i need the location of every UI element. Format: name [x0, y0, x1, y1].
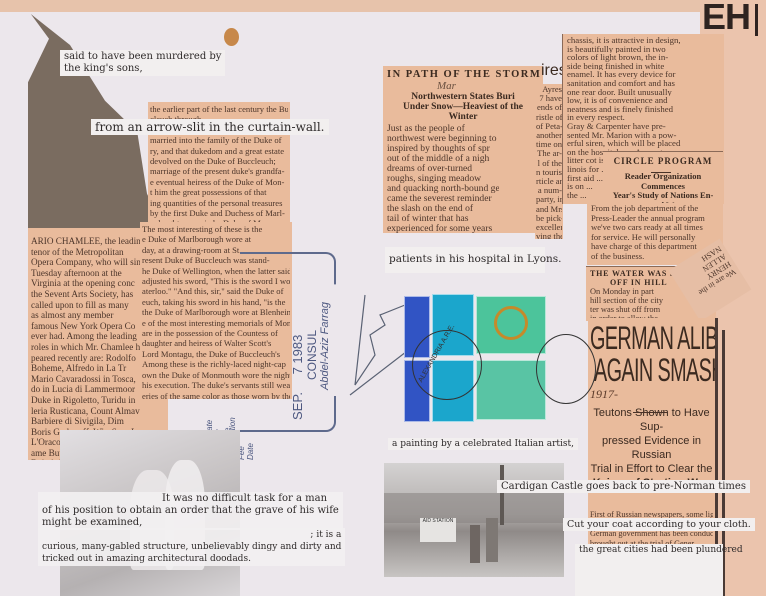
storm-side-line: 7 have [536, 94, 562, 103]
circle-program-line: for service. He will personally [591, 233, 718, 243]
ambulance-article-line: is beautifully painted in two [567, 45, 720, 54]
storm-handwritten: Mar [437, 80, 539, 92]
storm-side-line: n tourists [536, 168, 562, 177]
ambulance-article-line: low, it is of convenience and [567, 96, 720, 105]
storm-side-line: excellent [536, 223, 562, 232]
storm-body-line: the slash on the end of [387, 204, 499, 214]
duke-article-line: devolved on the Duke of Buccleuch; [150, 156, 288, 166]
storm-side-line: a num- [536, 186, 562, 195]
chamlee-article-line: leria Rusticana, Count Almav [31, 406, 165, 417]
storm-body-line: Just as the people of [387, 124, 499, 134]
ambulance-article-line: erful siren, which will be placed [567, 139, 720, 148]
ambulance-article-line: enamel. It has every device for [567, 70, 720, 79]
legalization-stamp-text: SEP. 7 1983 CONSUL Abdel-Aziz Farrag [290, 302, 331, 420]
photo-pole [500, 465, 504, 525]
ambulance-article-line: side being finished in white [567, 62, 720, 71]
storm-side-line: l of the [536, 159, 562, 168]
strip-gabled: ; it is a curious, many-gabled structure… [38, 528, 345, 566]
storm-body-line: northwest were beginning to [387, 134, 499, 144]
german-headline-2: AGAIN SMASHED [594, 354, 668, 386]
german-handwritten-year: 1917- [590, 387, 713, 402]
storm-body-line: out of the middle of a nigh [387, 154, 499, 164]
storm-side-line: ends of [536, 103, 562, 112]
storm-side-line: and Mrs. [536, 205, 562, 214]
storm-side-line: be pick- [536, 214, 562, 223]
strip-cities: the great cities had been plundered [575, 544, 723, 596]
storm-body-line: and quacking north-bound ge [387, 184, 499, 194]
ambulance-article-line: chassis, it is attractive in design, [567, 36, 720, 45]
duke-article-line: ing quantities of the personal treasures [150, 198, 288, 208]
storm-side-line: Ayres [536, 85, 562, 94]
storm-subhead: Northwestern States Buri Under Snow—Heav… [387, 92, 539, 122]
collage-canvas: EH the earlier part of the last century … [0, 0, 766, 596]
strip-murdered: said to have been murdered by the king's… [60, 50, 225, 76]
stamp-name: Abdel-Aziz Farrag [319, 302, 331, 390]
stamp-date: 7 1983 [290, 335, 305, 375]
heading-rule [755, 4, 758, 36]
stamp-title: CONSUL [305, 302, 319, 380]
duke-article-line: marriage of the present duke's grandfa- [150, 166, 288, 176]
duke-article-line: t him the great possessions of that [150, 187, 288, 197]
storm-body-line: came the severest reminder [387, 194, 499, 204]
storm-side-line: The ar- [536, 149, 562, 158]
storm-side-line: ristle of [536, 113, 562, 122]
circle-program-line: we've two cars ready at all times [591, 223, 718, 233]
duke-article-line: the earlier part of the last century the… [150, 104, 288, 114]
storm-body-line: experienced for some years [387, 224, 499, 233]
strip-grave: It was no difficult task for a man of hi… [38, 492, 343, 530]
strip-coat: Cut your coat according to your cloth. [563, 518, 755, 531]
corner-heading: EH [702, 0, 750, 38]
strip-cardigan: Cardigan Castle goes back to pre-Norman … [497, 480, 750, 493]
storm-body-line: tail of winter that has [387, 214, 499, 224]
ambulance-article-line: colors of light brown, the in- [567, 53, 720, 62]
german-subhead: Teutons Shown to Have Sup- pressed Evide… [590, 406, 713, 490]
ambulance-article-line: sanitation and comfort and has [567, 79, 720, 88]
storm-side-line: rticle and [536, 177, 562, 186]
ambulance-article-line: Gray & Carpenter have pre- [567, 122, 720, 131]
postage-stamps: ALEXANDRIA A.R.E. [404, 290, 584, 425]
german-headline-1: GERMAN ALIBI [590, 322, 666, 354]
circle-rule [651, 172, 671, 173]
photo-trees [384, 493, 564, 523]
postmark-circle-2 [536, 334, 596, 404]
circle-program-line: From the job department of the [591, 204, 718, 214]
storm-side-line: time on [536, 140, 562, 149]
stain-dot [224, 28, 239, 46]
ambulance-article-line: in every respect. [567, 113, 720, 122]
photo-person-1 [470, 525, 480, 563]
duke-article-line: The most interesting of these is the [142, 224, 290, 234]
strip-arrow-slit: from an arrow-slit in the curtain-wall. [91, 119, 329, 135]
storm-headline: IN PATH OF THE STORM [387, 69, 539, 80]
storm-side-line: ving the [536, 232, 562, 239]
ambulance-article-line: sented Mr. Marion with a pow- [567, 131, 720, 140]
storm-side-line: party, in- [536, 195, 562, 204]
storm-body-line: inspired by thoughts of spr [387, 144, 499, 154]
storm-article: IN PATH OF THE STORM Mar Northwestern St… [383, 66, 543, 233]
german-rule [633, 412, 668, 413]
ambulance-article-line: one rear door. Built unusually [567, 88, 720, 97]
storm-side-line: another [536, 131, 562, 140]
top-border-band [0, 0, 766, 12]
strip-lyons: patients in his hospital in Lyons. [385, 247, 545, 273]
stamp-month: SEP. [290, 392, 305, 420]
photo-person-2 [486, 518, 498, 562]
storm-body-line: dreams of over-turned [387, 164, 499, 174]
storm-body-line: roughs, singing meadow [387, 174, 499, 184]
circle-program-line: Press-Leader the annual program [591, 214, 718, 224]
storm-side-column: Ayres7 haveends ofristle ofof Peta-anoth… [535, 84, 563, 239]
ambulance-article-line: neatness and is finely finished [567, 105, 720, 114]
storm-body: Just as the people ofnorthwest were begi… [387, 124, 499, 233]
duke-article-line: ry, and that dukedom and a great estate [150, 146, 288, 156]
duke-article-line: by the first Duke and Duchess of Marl- [150, 208, 288, 218]
stamp-ornament [494, 306, 528, 340]
chamlee-article-line: Barbiere di Sivigila, Dim [31, 416, 165, 427]
circle-headline: CIRCLE PROGRAM [607, 156, 719, 166]
duke-article-line: e eventual heiress of the Duke of Mon- [150, 177, 288, 187]
photo-sign: AID STATION [420, 518, 456, 542]
storm-side-line: of Peta- [536, 122, 562, 131]
duke-article-line: married into the family of the Duke of [150, 135, 288, 145]
duke-article-line: e Duke of Marlborough wore at [142, 234, 290, 244]
strip-painting: a painting by a celebrated Italian artis… [388, 438, 578, 450]
